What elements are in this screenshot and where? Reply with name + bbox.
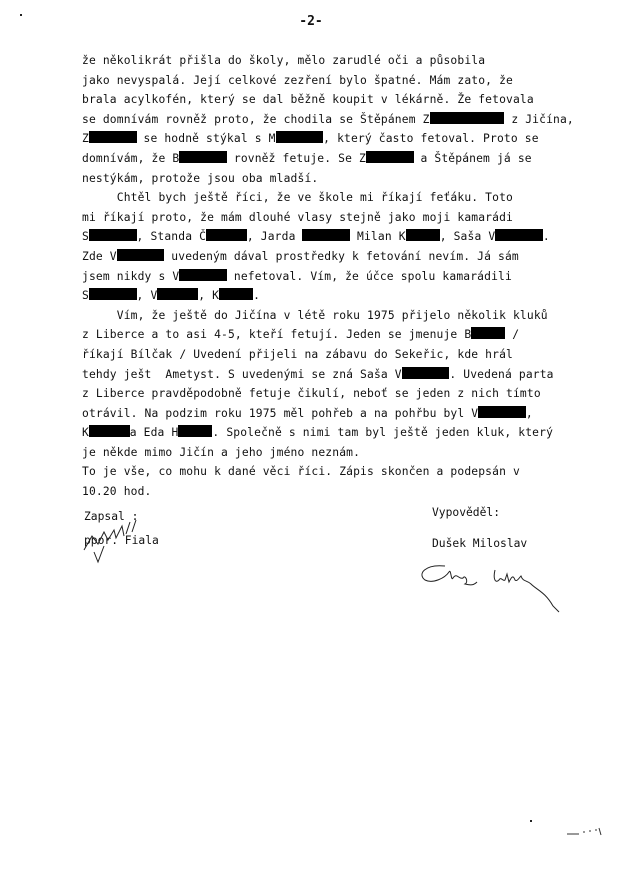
text-segment: S	[82, 230, 89, 243]
redaction-bar	[206, 229, 247, 241]
text-line: S, V, K.	[82, 286, 602, 306]
paragraph: Chtěl bych ještě říci, že ve škole mi ří…	[82, 188, 602, 306]
text-segment: 10.20 hod.	[82, 485, 152, 498]
redaction-bar	[179, 151, 227, 163]
text-segment: se domnívám rovněž proto, že chodila se …	[82, 113, 430, 126]
text-segment: , Standa Č	[137, 230, 207, 243]
text-segment: .	[543, 230, 550, 243]
text-segment: říkají Bílčak / Uvedení přijeli na zábav…	[82, 348, 513, 361]
text-segment: Chtěl bych ještě říci, že ve škole mi ří…	[82, 191, 513, 204]
text-segment: Zde V	[82, 250, 117, 263]
witness-name: Dušek Miloslav	[432, 528, 527, 559]
scan-speck	[20, 14, 22, 16]
redaction-bar	[178, 425, 212, 437]
text-segment: mi říkají proto, že mám dlouhé vlasy ste…	[82, 211, 513, 224]
redaction-bar	[89, 229, 137, 241]
text-line: mi říkají proto, že mám dlouhé vlasy ste…	[82, 208, 602, 228]
redaction-bar	[430, 112, 505, 124]
text-segment: z Liberce pravděpodobně fetuje čikulí, n…	[82, 387, 541, 400]
text-line: Zde V uvedeným dával prostředky k fetová…	[82, 247, 602, 267]
statement-body: že několikrát přišla do školy, mělo zaru…	[82, 51, 602, 502]
text-line: Chtěl bych ještě říci, že ve škole mi ří…	[82, 188, 602, 208]
text-line: Ka Eda H. Společně s nimi tam byl ještě …	[82, 423, 602, 443]
text-segment: se hodně stýkal s M	[137, 132, 276, 145]
text-segment: tehdy ješt Ametyst. S uvedenými se zná S…	[82, 368, 402, 381]
text-segment: .	[253, 289, 260, 302]
text-segment: S	[82, 289, 89, 302]
text-segment: z Jičína,	[504, 113, 574, 126]
paragraph: Vím, že ještě do Jičína v létě roku 1975…	[82, 306, 602, 502]
redaction-bar	[89, 288, 137, 300]
text-line: z Liberce a to asi 4-5, kteří fetují. Je…	[82, 325, 602, 345]
text-line: se domnívám rovněž proto, že chodila se …	[82, 110, 602, 130]
text-segment: To je vše, co mohu k dané věci říci. Záp…	[82, 465, 520, 478]
redaction-bar	[366, 151, 414, 163]
redaction-bar	[302, 229, 350, 241]
text-segment: brala acylkofén, který se dal běžně koup…	[82, 93, 534, 106]
scan-speck	[530, 820, 532, 822]
paragraph: že několikrát přišla do školy, mělo zaru…	[82, 51, 602, 188]
text-segment: ,	[526, 407, 533, 420]
text-segment: , který často fetoval. Proto se	[323, 132, 539, 145]
redaction-bar	[478, 406, 526, 418]
text-segment: , Saša V	[440, 230, 496, 243]
text-segment: . Společně s nimi tam byl ještě jeden kl…	[212, 426, 553, 439]
text-line: S, Standa Č, Jarda Milan K, Saša V.	[82, 227, 602, 247]
text-segment: Milan K	[350, 230, 406, 243]
text-segment: nestýkám, protože jsou oba mladší.	[82, 172, 318, 185]
text-line: je někde mimo Jičín a jeho jméno neznám.	[82, 443, 602, 463]
text-segment: /	[505, 328, 519, 341]
text-line: jako nevyspalá. Její celkové zezření byl…	[82, 71, 602, 91]
recorder-handwritten-signature	[80, 516, 160, 566]
text-segment: že několikrát přišla do školy, mělo zaru…	[82, 54, 485, 67]
text-segment: a Štěpánem já se	[414, 152, 532, 165]
archive-stamp-mark	[565, 823, 615, 843]
text-line: z Liberce pravděpodobně fetuje čikulí, n…	[82, 384, 602, 404]
text-segment: a Eda H	[130, 426, 179, 439]
text-line: domnívám, že B rovněž fetuje. Se Z a Ště…	[82, 149, 602, 169]
redaction-bar	[179, 269, 227, 281]
text-segment: , Jarda	[247, 230, 303, 243]
text-line: říkají Bílčak / Uvedení přijeli na zábav…	[82, 345, 602, 365]
text-line: Vím, že ještě do Jičína v létě roku 1975…	[82, 306, 602, 326]
redaction-bar	[406, 229, 440, 241]
redaction-bar	[89, 131, 137, 143]
text-segment: je někde mimo Jičín a jeho jméno neznám.	[82, 446, 360, 459]
redaction-bar	[402, 367, 450, 379]
redaction-bar	[89, 425, 130, 437]
redaction-bar	[219, 288, 253, 300]
redaction-bar	[157, 288, 198, 300]
text-line: otrávil. Na podzim roku 1975 měl pohřeb …	[82, 404, 602, 424]
text-segment: . Uvedená parta	[449, 368, 553, 381]
text-line: tehdy ješt Ametyst. S uvedenými se zná S…	[82, 365, 602, 385]
witness-signature-block: Vypověděl: Dušek Miloslav	[432, 497, 527, 559]
text-segment: jsem nikdy s V	[82, 270, 179, 283]
text-segment: jako nevyspalá. Její celkové zezření byl…	[82, 74, 513, 87]
text-line: že několikrát přišla do školy, mělo zaru…	[82, 51, 602, 71]
redaction-bar	[117, 249, 165, 261]
text-segment: otrávil. Na podzim roku 1975 měl pohřeb …	[82, 407, 478, 420]
text-segment: uvedeným dával prostředky k fetování nev…	[164, 250, 519, 263]
text-segment: , K	[198, 289, 219, 302]
text-segment: Vím, že ještě do Jičína v létě roku 1975…	[82, 309, 548, 322]
text-line: To je vše, co mohu k dané věci říci. Záp…	[82, 462, 602, 482]
text-line: jsem nikdy s V nefetoval. Vím, že účce s…	[82, 267, 602, 287]
redaction-bar	[276, 131, 324, 143]
text-segment: domnívám, že B	[82, 152, 179, 165]
text-segment: rovněž fetuje. Se Z	[227, 152, 366, 165]
text-segment: nefetoval. Vím, že účce spolu kamarádili	[227, 270, 512, 283]
page-number: -2-	[0, 14, 622, 29]
text-segment: K	[82, 426, 89, 439]
text-segment: , V	[137, 289, 158, 302]
witness-handwritten-signature	[415, 560, 565, 620]
redaction-bar	[495, 229, 543, 241]
text-line: Z se hodně stýkal s M, který často fetov…	[82, 129, 602, 149]
text-line: nestýkám, protože jsou oba mladší.	[82, 169, 602, 189]
text-segment: Z	[82, 132, 89, 145]
text-segment: z Liberce a to asi 4-5, kteří fetují. Je…	[82, 328, 471, 341]
redaction-bar	[471, 327, 505, 339]
testified-by-label: Vypověděl:	[432, 497, 527, 528]
text-line: brala acylkofén, který se dal běžně koup…	[82, 90, 602, 110]
